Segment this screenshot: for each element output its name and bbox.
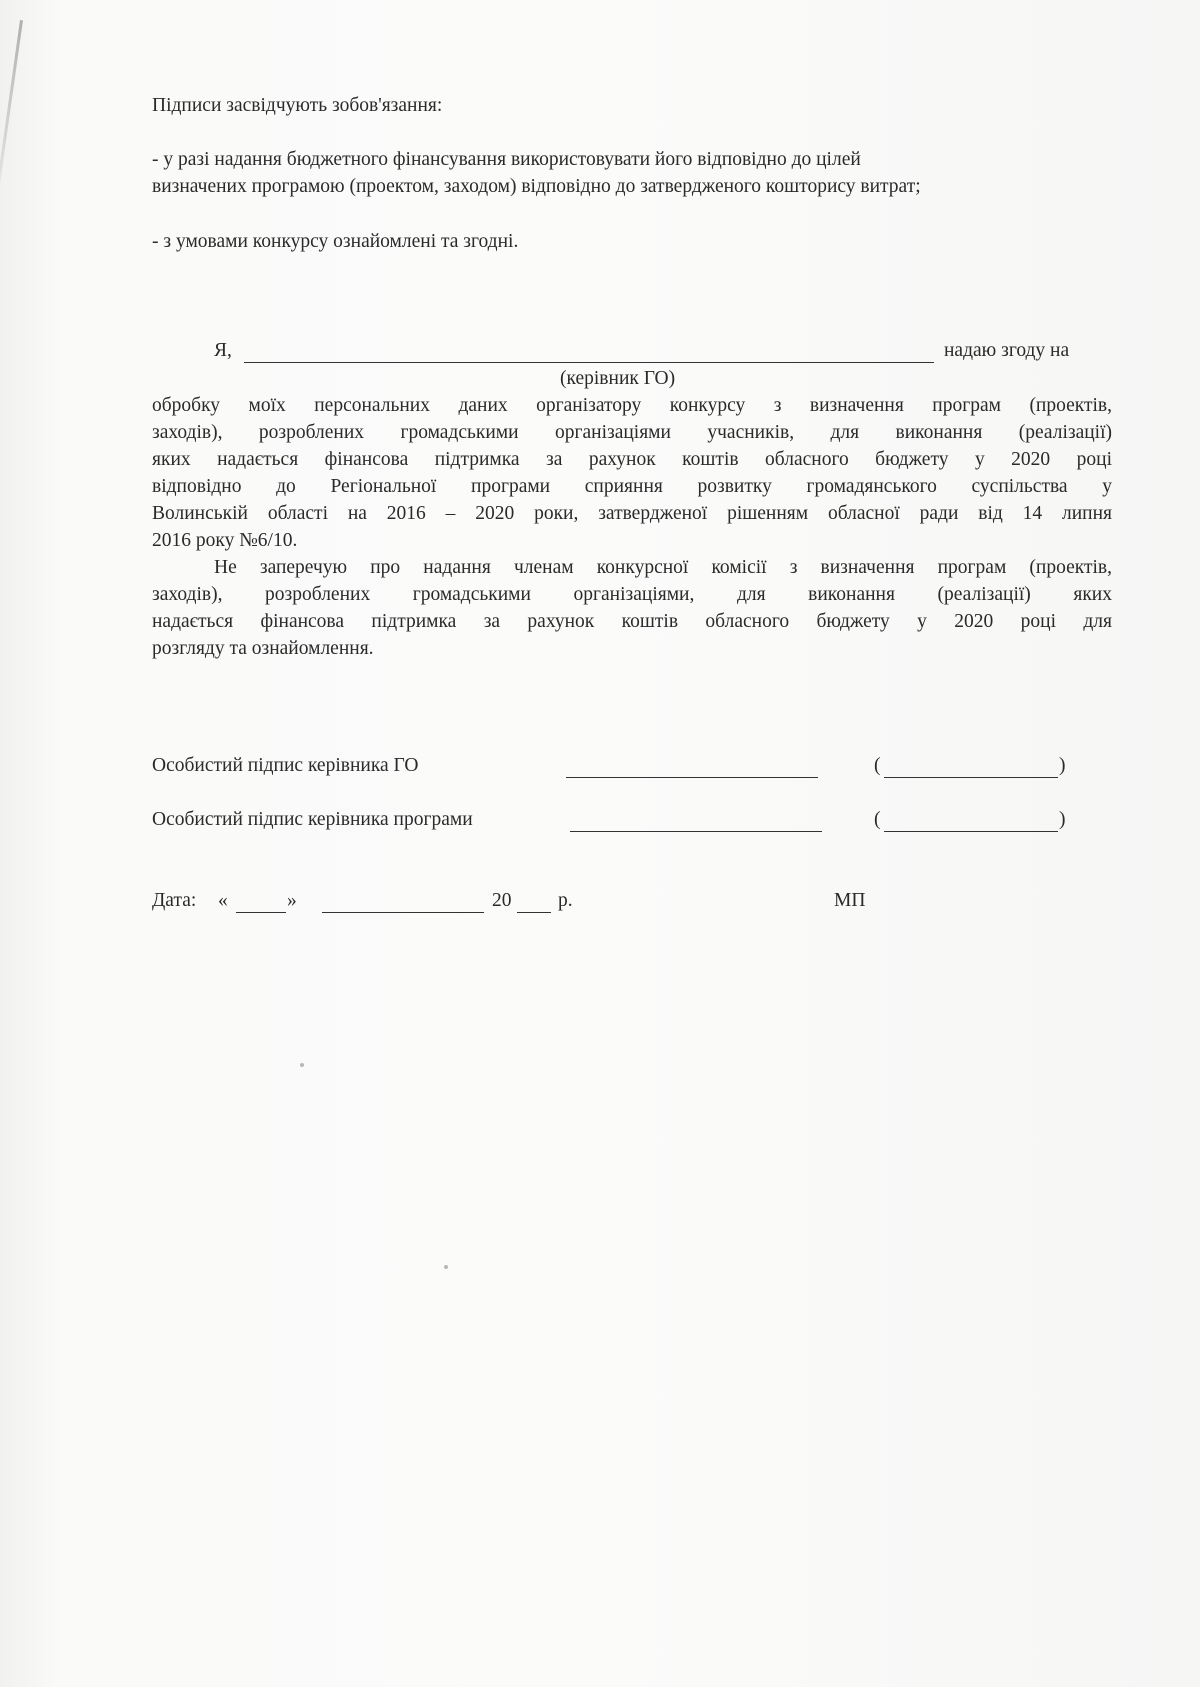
no-objection-paragraph: Не заперечую про надання членам конкурсн… — [152, 554, 1112, 662]
date-month-field[interactable] — [322, 890, 484, 913]
stamp-placeholder: МП — [834, 887, 865, 914]
manager-name-field[interactable] — [244, 340, 934, 363]
section-heading: Підписи засвідчують зобов'язання: — [152, 92, 442, 119]
date-year-prefix: 20 — [492, 887, 512, 914]
date-open-quote: « — [218, 887, 228, 914]
date-day-field[interactable] — [236, 890, 286, 913]
scanned-page: Підписи засвідчують зобов'язання: - у ра… — [0, 0, 1200, 1687]
scan-speck — [444, 1265, 448, 1269]
scan-speck — [300, 1063, 304, 1067]
consent-line: яких надається фінансова підтримка за ра… — [152, 446, 1112, 473]
date-year-field[interactable] — [517, 890, 551, 913]
signature-label-program-head: Особистий підпис керівника програми — [152, 806, 473, 833]
consent-paragraph: обробку моїх персональних даних організа… — [152, 392, 1112, 554]
name-close-paren: ) — [1059, 752, 1066, 779]
consent-line: 2016 року №6/10. — [152, 527, 1112, 554]
printed-name-field-program-head[interactable] — [884, 809, 1058, 832]
consent-line: Волинській області на 2016 – 2020 роки, … — [152, 500, 1112, 527]
manager-caption: (керівник ГО) — [560, 365, 675, 392]
consent-line: обробку моїх персональних даних організа… — [152, 392, 1112, 419]
no-objection-line: розгляду та ознайомлення. — [152, 635, 1112, 662]
date-label: Дата: — [152, 887, 196, 914]
printed-name-field-ngo-head[interactable] — [884, 755, 1058, 778]
date-close-quote: » — [287, 887, 297, 914]
commitment-1-line-1: - у разі надання бюджетного фінансування… — [152, 146, 861, 173]
no-objection-line: заходів), розроблених громадськими орган… — [152, 581, 1112, 608]
signature-label-ngo-head: Особистий підпис керівника ГО — [152, 752, 418, 779]
name-close-paren: ) — [1059, 806, 1066, 833]
no-objection-line: надається фінансова підтримка за рахунок… — [152, 608, 1112, 635]
commitment-1-line-2: визначених програмою (проектом, заходом)… — [152, 173, 921, 200]
consent-line: заходів), розроблених громадськими орган… — [152, 419, 1112, 446]
no-objection-line: Не заперечую про надання членам конкурсн… — [152, 554, 1112, 581]
signature-field-program-head[interactable] — [570, 809, 822, 832]
signature-field-ngo-head[interactable] — [566, 755, 818, 778]
consent-suffix: надаю згоду на — [944, 337, 1069, 364]
consent-prefix: Я, — [214, 337, 232, 364]
name-open-paren: ( — [874, 806, 881, 833]
name-open-paren: ( — [874, 752, 881, 779]
scan-artifact — [0, 20, 23, 199]
commitment-2: - з умовами конкурсу ознайомлені та згод… — [152, 228, 518, 255]
consent-line: відповідно до Регіональної програми спри… — [152, 473, 1112, 500]
date-year-suffix: р. — [558, 887, 573, 914]
